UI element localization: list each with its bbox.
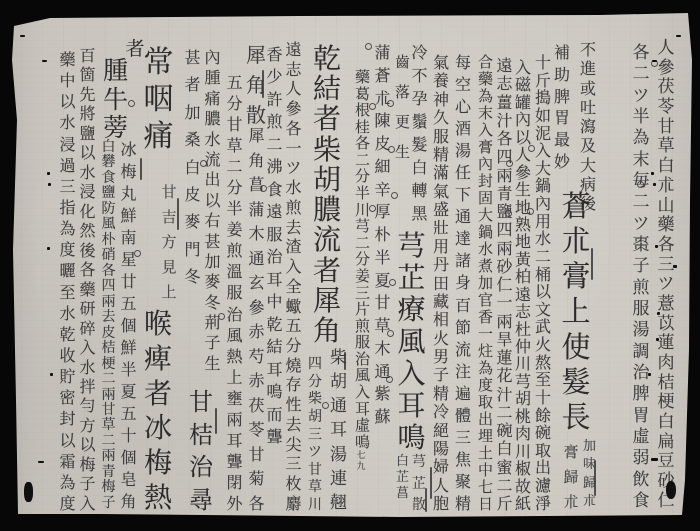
glyph: 鮮	[120, 340, 136, 356]
glyph: 熬	[535, 355, 551, 371]
glyph: 取	[535, 443, 551, 459]
glyph: 氣	[433, 184, 449, 200]
text-column: 內腫痛膿水流出以右甚加麥冬荊子生	[203, 50, 222, 372]
glyph: 出	[204, 172, 220, 188]
glyph: 香	[266, 47, 282, 63]
glyph: 飲	[633, 472, 650, 489]
glyph: 犀	[246, 45, 266, 65]
heading-column: 喉痺者冰梅熱	[142, 310, 174, 512]
glyph: 腫	[103, 58, 128, 83]
glyph: 煎	[285, 200, 301, 216]
glyph: 花	[496, 368, 512, 384]
glyph: 研	[79, 301, 95, 317]
glyph: 紫	[374, 386, 390, 402]
emphasis-circle-mark	[200, 160, 207, 167]
glyph: 半	[633, 109, 650, 126]
glyph: 甘	[161, 185, 176, 200]
glyph: ツ	[633, 88, 650, 105]
glyph: 水	[59, 306, 75, 322]
glyph: 後	[79, 243, 95, 259]
glyph: 吉	[161, 210, 176, 225]
ink-speck	[20, 35, 25, 37]
ink-stroke-mark	[140, 158, 142, 180]
glyph: 桔	[102, 341, 116, 355]
glyph: 麝	[285, 496, 301, 512]
glyph: 至	[535, 372, 551, 388]
glyph: 以	[59, 433, 75, 449]
text-column: 每空心酒湯任下通達諸身百節流注遍體三焦聚精	[453, 55, 473, 512]
glyph: 水	[204, 132, 220, 148]
glyph: 長	[561, 403, 590, 432]
glyph: 青	[102, 465, 116, 479]
glyph: 白	[411, 160, 427, 176]
glyph: 白	[184, 160, 200, 176]
glyph: 皮	[184, 187, 200, 203]
glyph: 蒲	[374, 45, 390, 61]
glyph: 注	[455, 364, 471, 380]
glyph: 齒	[395, 55, 410, 70]
glyph: 芎	[355, 219, 370, 234]
glyph: 三	[308, 428, 322, 442]
glyph: 曬	[59, 263, 75, 279]
glyph: 藥	[355, 70, 370, 85]
glyph: 封	[478, 174, 493, 189]
glyph: 二	[633, 194, 650, 211]
glyph: 梅	[144, 449, 172, 477]
glyph: 各	[102, 264, 116, 278]
glyph: 聾	[226, 454, 242, 470]
glyph: 二	[226, 159, 242, 175]
glyph: 鍋	[535, 178, 551, 194]
glyph: 日	[478, 497, 493, 512]
glyph: 喉	[144, 310, 172, 338]
glyph: 細	[374, 159, 390, 175]
glyph: 氣	[433, 55, 449, 71]
glyph: 箇	[79, 67, 95, 83]
glyph: 神	[433, 92, 449, 108]
glyph: 用	[535, 214, 551, 230]
glyph: 片	[355, 302, 370, 317]
text-column: 人參茯苓甘草白朮山藥各三ツ薏苡蓮肉桔梗白扁豆砂仁	[655, 40, 677, 510]
glyph: 不	[580, 42, 596, 58]
text-column: 各二ツ半為末毎二ツ棗子煎服湯調治脾胃虛弱飲食	[630, 45, 652, 510]
glyph: 遍	[455, 386, 471, 402]
glyph: 蒼	[561, 192, 590, 221]
glyph: ツ	[633, 216, 650, 233]
glyph: 礬	[102, 155, 116, 169]
glyph: 霜	[59, 454, 75, 470]
glyph: 心	[455, 99, 471, 115]
glyph: 浸	[59, 137, 75, 153]
glyph: 遠	[496, 58, 512, 74]
glyph: 薏	[658, 296, 675, 313]
ink-speck	[48, 183, 51, 186]
glyph: 熟	[515, 217, 531, 233]
glyph: 存	[285, 377, 301, 393]
glyph: 水	[59, 115, 75, 131]
glyph: 任	[455, 165, 471, 181]
glyph: 收	[59, 348, 75, 364]
glyph: 山	[658, 198, 675, 215]
glyph: 治	[266, 249, 282, 265]
glyph: 脾	[554, 89, 570, 105]
glyph: 桑	[184, 132, 200, 148]
glyph: 入	[535, 143, 551, 159]
glyph: 精	[433, 386, 449, 402]
glyph: 香	[478, 310, 493, 325]
glyph: 火	[535, 337, 551, 353]
glyph: 參	[658, 60, 675, 77]
glyph: 冷	[411, 45, 427, 61]
glyph: 胃	[633, 408, 650, 425]
glyph: 茯	[248, 398, 264, 414]
glyph: ツ	[308, 445, 322, 459]
glyph: 使	[561, 333, 590, 362]
glyph: 兩	[496, 168, 512, 184]
glyph: 甘	[189, 390, 213, 414]
ink-speck	[651, 458, 658, 461]
glyph: 上	[561, 297, 590, 326]
glyph: 門	[184, 242, 200, 258]
glyph: 鹽	[102, 186, 116, 200]
glyph: 椒	[515, 461, 531, 477]
glyph: 湯	[633, 322, 650, 339]
glyph: 鳴	[355, 435, 370, 450]
page-number: 七九	[355, 452, 367, 472]
glyph: 火	[433, 331, 449, 347]
glyph: 三	[355, 286, 370, 301]
glyph: 上	[161, 285, 176, 300]
heading-column: 芎芷療風入耳鳴	[395, 232, 428, 452]
glyph: 子	[79, 476, 95, 492]
glyph: 閉	[226, 475, 242, 491]
emphasis-circle-mark	[391, 192, 398, 199]
glyph: 胃	[554, 110, 570, 126]
glyph: 入	[478, 123, 493, 138]
glyph: 一	[285, 141, 301, 157]
glyph: 四	[496, 222, 512, 238]
heading-column: 蒼朮膏上使髮長	[558, 192, 594, 432]
glyph: 青	[496, 186, 512, 202]
glyph: 以	[204, 193, 220, 209]
glyph: 水	[285, 180, 301, 196]
glyph: 汁	[496, 387, 512, 403]
glyph: 棗	[633, 237, 650, 254]
glyph: 朴	[102, 233, 116, 247]
glyph: 男	[433, 349, 449, 365]
glyph: 勻	[79, 398, 95, 414]
ink-stroke-mark	[425, 488, 427, 512]
glyph: 食	[266, 182, 282, 198]
glyph: 而	[266, 407, 282, 423]
glyph: 玄	[248, 275, 264, 291]
ink-speck	[47, 247, 50, 250]
glyph: 斤	[535, 73, 551, 89]
glyph: 百	[455, 298, 471, 314]
glyph: 膿	[313, 196, 341, 224]
glyph: 三	[59, 179, 75, 195]
glyph: 芷	[396, 471, 409, 484]
glyph: 尖	[285, 437, 301, 453]
glyph: 入	[285, 259, 301, 275]
glyph: 二	[496, 478, 512, 494]
glyph: 度	[59, 496, 75, 512]
glyph: 碗	[496, 423, 512, 439]
glyph: 砂	[496, 259, 512, 275]
glyph: 柴	[313, 136, 341, 164]
glyph: 出	[535, 460, 551, 476]
glyph: 方	[79, 418, 95, 434]
glyph: 者	[313, 257, 341, 285]
glyph: 五	[285, 318, 301, 334]
glyph: 川	[355, 203, 370, 218]
glyph: 紙	[515, 496, 531, 512]
glyph: 赤	[248, 324, 264, 340]
glyph: 子	[433, 367, 449, 383]
glyph: 然	[79, 223, 95, 239]
ink-speck	[42, 60, 47, 62]
glyph: 桂	[355, 120, 370, 135]
glyph: 參	[515, 165, 531, 181]
glyph: 風	[355, 368, 370, 383]
glyph: 半	[374, 250, 390, 266]
glyph: 各	[633, 45, 650, 62]
ink-speck	[656, 338, 659, 341]
glyph: 赤	[248, 373, 264, 389]
glyph: 甘	[308, 463, 322, 477]
text-column: 十斤搗如泥入大鍋內用水二桶以文武火熬至十餘碗取出濾淨	[533, 55, 553, 512]
glyph: 桶	[535, 267, 551, 283]
glyph: 入	[515, 60, 531, 76]
emphasis-circle-mark	[134, 250, 141, 257]
glyph: 治	[633, 365, 650, 382]
ink-speck	[651, 172, 654, 175]
ink-stroke-mark	[215, 408, 217, 434]
glyph: 兩	[496, 314, 512, 330]
glyph: 湯	[455, 143, 471, 159]
glyph: 加	[478, 276, 493, 291]
glyph: 煎	[633, 280, 650, 297]
annotation-column: 膏歸朮	[562, 445, 580, 510]
glyph: 七	[356, 452, 365, 461]
glyph: 為	[59, 221, 75, 237]
glyph: 甘	[226, 117, 242, 133]
glyph: 精	[455, 496, 471, 512]
glyph: 胡	[308, 410, 322, 424]
glyph: 白	[102, 140, 116, 154]
glyph: 梗	[102, 357, 116, 371]
glyph: 治	[226, 307, 242, 323]
glyph: 加	[204, 254, 220, 270]
glyph: 柴	[308, 392, 322, 406]
glyph: 埋	[478, 429, 493, 444]
glyph: 二	[496, 405, 512, 421]
glyph: 封	[59, 411, 75, 427]
glyph: 至	[59, 285, 75, 301]
glyph: 蓮	[658, 335, 675, 352]
glyph: 梗	[658, 394, 675, 411]
glyph: 相	[433, 312, 449, 328]
glyph: 補	[554, 45, 570, 61]
glyph: 白	[396, 455, 409, 468]
glyph: 菖	[396, 487, 409, 500]
glyph: 落	[395, 85, 410, 100]
text-column: 入磁罐內以人參生地熟地黃柏遠志杜仲川芎胡桃肉川椒故紙	[513, 60, 533, 512]
glyph: 髮	[561, 368, 590, 397]
glyph: 肉	[515, 426, 531, 442]
glyph: 內	[478, 157, 493, 172]
glyph: 中	[266, 294, 282, 310]
glyph: 瀉	[580, 119, 596, 135]
glyph: 鬚	[411, 114, 427, 130]
glyph: 或	[580, 81, 596, 97]
text-column: 補助脾胃最妙	[552, 45, 572, 170]
glyph: 犀	[313, 287, 341, 315]
glyph: 歸	[563, 470, 578, 485]
glyph: 百	[79, 48, 95, 64]
glyph: 熱	[226, 349, 242, 365]
glyph: 芎	[515, 374, 531, 390]
glyph: 風	[102, 217, 116, 231]
glyph: 將	[79, 106, 95, 122]
glyph: 志	[515, 304, 531, 320]
text-column: 藥葛根桂各二分半川芎二分姜三片煎服治風入耳虛鳴	[353, 70, 372, 450]
glyph: 水	[535, 231, 551, 247]
glyph: 黑	[411, 206, 427, 222]
glyph: 去	[285, 417, 301, 433]
glyph: 入	[79, 340, 95, 356]
glyph: 冰	[120, 142, 136, 158]
glyph: 芷	[412, 477, 426, 491]
glyph: 人	[285, 81, 301, 97]
emphasis-circle-mark	[637, 181, 644, 188]
glyph: 朮	[583, 495, 596, 508]
glyph: 參	[285, 101, 301, 117]
text-column: 氣養神久服精滿氣盛壯用丹田藏相火男子精冷絕陽婦人胞	[431, 55, 451, 512]
glyph: 耳	[330, 422, 347, 439]
text-column: 遠志人參各一ツ水煎去渣入全蠍五分燒存性去尖三枚麝	[284, 42, 303, 512]
glyph: 胡	[330, 374, 347, 391]
glyph: 耳	[355, 402, 370, 417]
text-column: 藥中以水浸過三指為度曬至水乾收貯密封以霜為度	[58, 52, 77, 512]
text-column: 甚者加桑白皮麥門冬	[183, 50, 202, 285]
glyph: 搗	[535, 90, 551, 106]
glyph: ツ	[285, 160, 301, 176]
glyph: 虛	[633, 429, 650, 446]
glyph: 者	[126, 40, 145, 59]
glyph: 遠	[266, 204, 282, 220]
glyph: 婦	[433, 459, 449, 475]
glyph: 流	[204, 152, 220, 168]
text-column: 香少許煎二沸食遠服治耳中乾結耳鳴而聾	[265, 47, 284, 445]
glyph: 草	[658, 138, 675, 155]
glyph: 服	[226, 285, 242, 301]
glyph: 如	[535, 108, 551, 124]
ink-stroke-mark	[591, 248, 593, 280]
glyph: 川	[308, 498, 322, 512]
glyph: 結	[266, 339, 282, 355]
glyph: 土	[478, 446, 493, 461]
glyph: 助	[554, 67, 570, 83]
glyph: 甘	[658, 119, 675, 136]
glyph: 朮	[658, 178, 675, 195]
glyph: 流	[455, 342, 471, 358]
glyph: 梅	[120, 164, 136, 180]
glyph: 夏	[374, 273, 390, 289]
glyph: 分	[226, 180, 242, 196]
text-column: 白礬食鹽防風朴硝各四兩去皮桔梗二兩甘草二兩青梅子	[99, 140, 118, 510]
text-column: 齒落更生	[394, 55, 411, 160]
glyph: 壅	[226, 391, 242, 407]
glyph: 溫	[226, 264, 242, 280]
glyph: 故	[515, 479, 531, 495]
glyph: 內	[535, 196, 551, 212]
glyph: 蒡	[103, 115, 128, 140]
glyph: 用	[433, 239, 449, 255]
glyph: 仁	[496, 277, 512, 293]
glyph: 二	[633, 66, 650, 83]
glyph: 廿	[120, 274, 136, 290]
ink-speck	[676, 35, 681, 37]
glyph: 分	[308, 375, 322, 389]
glyph: 者	[144, 380, 172, 408]
glyph: 先	[79, 87, 95, 103]
glyph: 蒲	[248, 202, 264, 218]
glyph: 為	[633, 130, 650, 147]
glyph: 七	[478, 480, 493, 495]
glyph: 藥	[478, 72, 493, 87]
glyph: 度	[478, 378, 493, 393]
text-column: 四分柴胡三ツ甘草川	[307, 357, 323, 512]
glyph: 分	[226, 96, 242, 112]
glyph: 通	[248, 251, 264, 267]
glyph: 生	[395, 145, 410, 160]
emphasis-circle-mark	[322, 402, 329, 409]
glyph: 水	[79, 360, 95, 376]
glyph: 不	[411, 68, 427, 84]
glyph: 子	[633, 258, 650, 275]
glyph: 貯	[59, 369, 75, 385]
glyph: 柏	[515, 269, 531, 285]
heading-column: 常咽痛	[142, 48, 175, 152]
glyph: 木	[248, 226, 264, 242]
glyph: 虛	[355, 418, 370, 433]
glyph: 連	[330, 471, 347, 488]
glyph: 下	[455, 187, 471, 203]
glyph: 淨	[535, 496, 551, 512]
emphasis-circle-mark	[528, 145, 535, 152]
glyph: 沸	[266, 159, 282, 175]
glyph: 胡	[515, 391, 531, 407]
glyph: 為	[478, 361, 493, 376]
glyph: 二	[102, 372, 116, 386]
glyph: 上	[226, 370, 242, 386]
glyph: 煮	[478, 259, 493, 274]
glyph: 鹽	[79, 126, 95, 142]
glyph: 內	[204, 50, 220, 66]
glyph: 冬	[184, 269, 200, 285]
glyph: 風	[397, 328, 425, 356]
glyph: 兩	[102, 449, 116, 463]
glyph: 汁	[496, 113, 512, 129]
glyph: 分	[355, 252, 370, 267]
glyph: 治	[189, 455, 213, 479]
glyph: 冰	[144, 414, 172, 442]
text-column: 百箇先將鹽以水浸化然後各藥研碎入水拌勻方以梅子入	[78, 48, 97, 512]
annotation-column: 白芷菖	[395, 455, 410, 500]
emphasis-circle-mark	[506, 160, 513, 167]
glyph: 壯	[433, 220, 449, 236]
